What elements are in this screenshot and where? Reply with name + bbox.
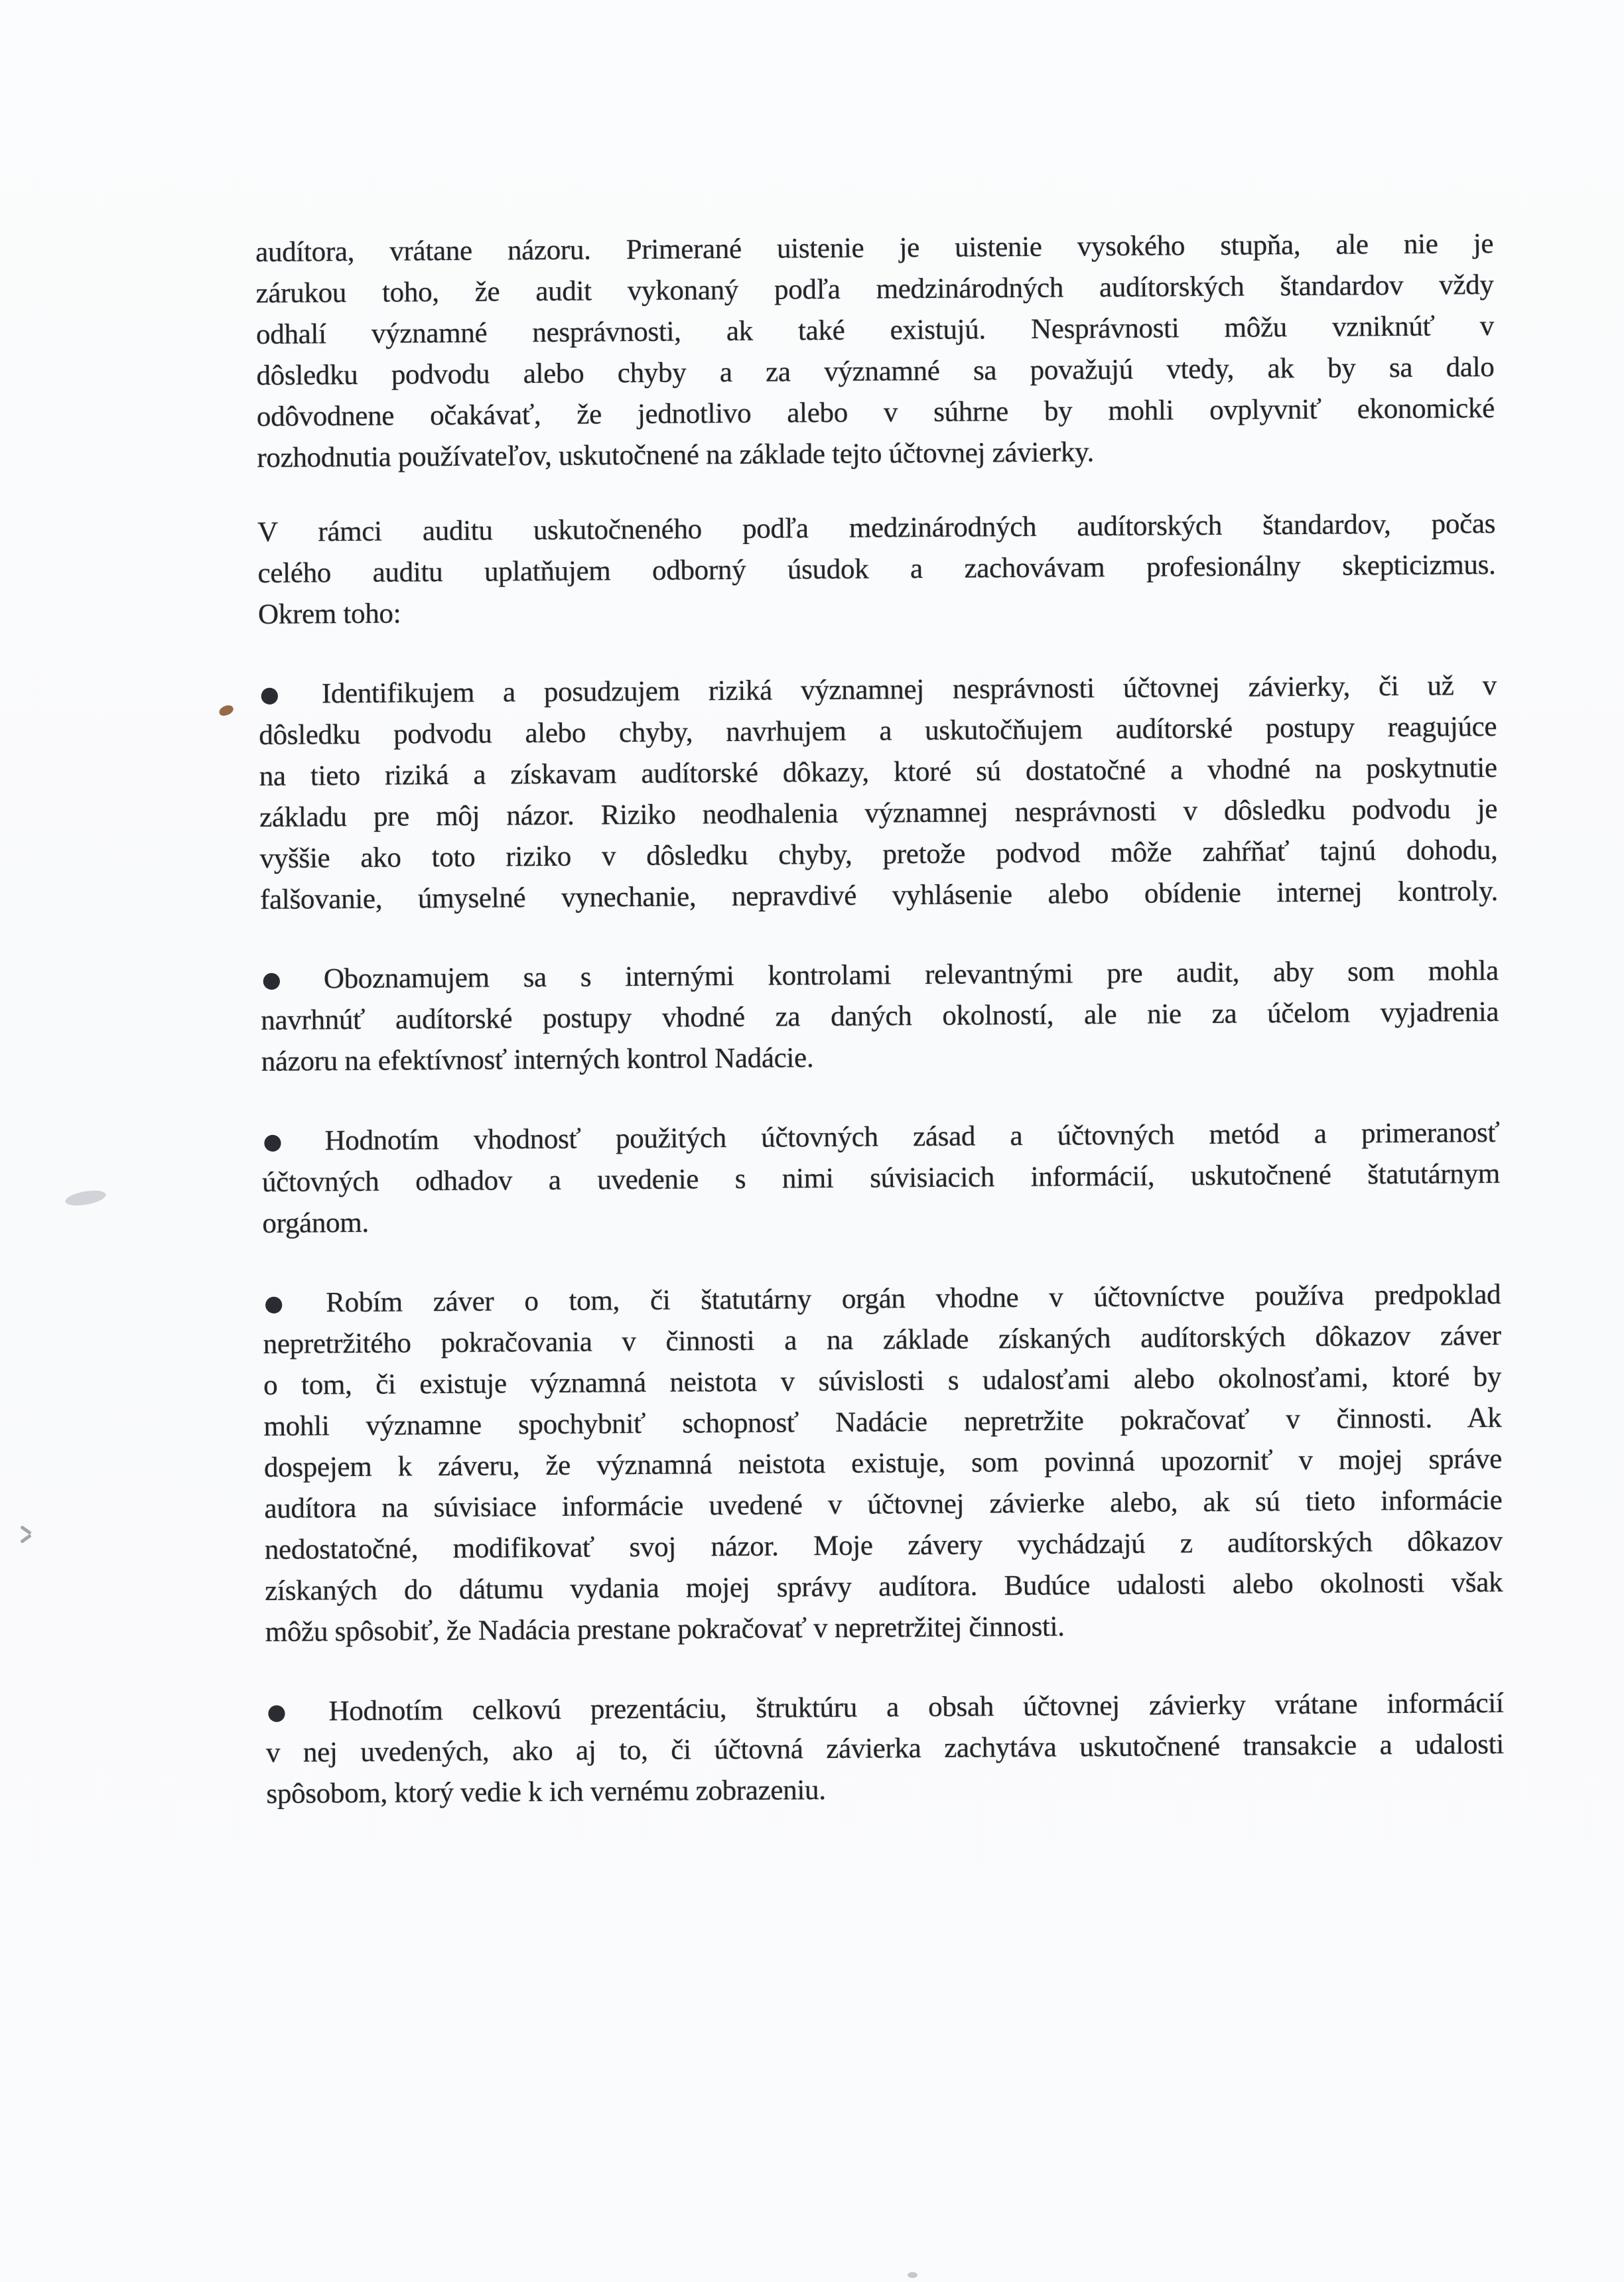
text-line: názoru na efektívnosť interných kontrol …	[261, 1033, 1499, 1083]
text-line: orgánom.	[262, 1195, 1500, 1244]
bullet-item: ●Hodnotím vhodnosť použitých účtovných z…	[261, 1112, 1500, 1244]
text-line: spôsobom, ktorý vedie k ich vernému zobr…	[266, 1765, 1504, 1815]
bullet-dot-icon: ●	[260, 674, 287, 715]
bullet-item: ●Identifikujem a posudzujem riziká význa…	[259, 665, 1499, 921]
text-line: navrhnúť audítorské postupy vhodné za da…	[261, 992, 1499, 1041]
document-text: audítora, vrátane názoru. Primerané uist…	[255, 224, 1505, 1815]
paragraph: audítora, vrátane názoru. Primerané uist…	[255, 224, 1495, 479]
scanned-page: audítora, vrátane názoru. Primerané uist…	[0, 0, 1624, 2282]
text-line: v nej uvedených, ako aj to, či účtovná z…	[266, 1724, 1504, 1774]
text-line: celého auditu uplatňujem odborný úsudok …	[257, 545, 1495, 594]
bullet-dot-icon: ●	[262, 959, 289, 1000]
margin-mark-chevron	[19, 1524, 36, 1544]
text-line: získaných do dátumu vydania mojej správy…	[265, 1562, 1503, 1612]
bottom-edge-speck	[908, 2272, 917, 2278]
text-line: účtovných odhadov a uvedenie s nimi súvi…	[262, 1154, 1500, 1203]
text-line: falšovanie, úmyselné vynechanie, nepravd…	[260, 871, 1498, 921]
bullet-item: ●Oboznamujem sa s internými kontrolami r…	[261, 951, 1499, 1083]
margin-mark-comma	[218, 704, 234, 717]
paragraph: V rámci auditu uskutočneného podľa medzi…	[257, 503, 1496, 594]
text-line: Okrem toho:	[258, 586, 1496, 636]
bullet-item: ●Robím záver o tom, či štatutárny orgán …	[263, 1274, 1503, 1653]
bullet-item: ●Hodnotím celkovú prezentáciu, štruktúru…	[265, 1683, 1504, 1815]
text-line: odôvodnene očakávať, že jednotlivo alebo…	[257, 388, 1495, 438]
text-line: môžu spôsobiť, že Nadácia prestane pokra…	[265, 1603, 1503, 1653]
bullet-dot-icon: ●	[263, 1121, 289, 1162]
bullet-dot-icon: ●	[264, 1283, 291, 1324]
bullet-dot-icon: ●	[267, 1692, 293, 1733]
margin-mark-smudge	[64, 1188, 107, 1208]
text-line: rozhodnutia používateľov, uskutočnené na…	[257, 429, 1495, 479]
paragraph: Okrem toho:	[258, 586, 1496, 636]
